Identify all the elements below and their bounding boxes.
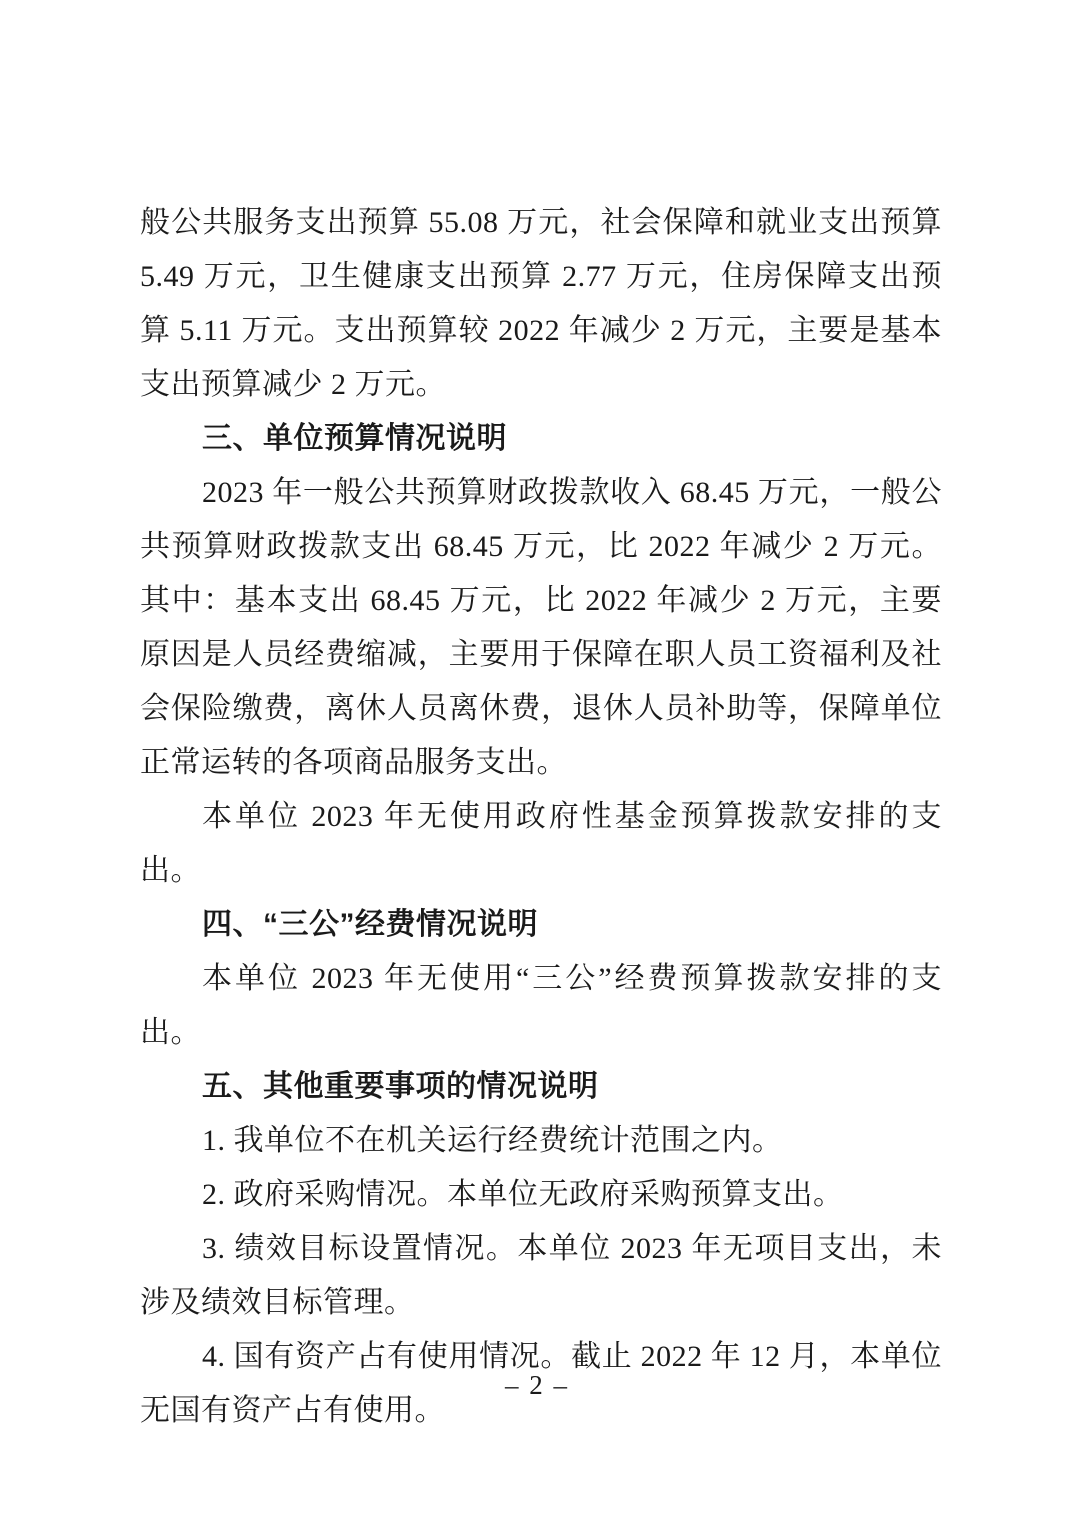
body-paragraph: 1. 我单位不在机关运行经费统计范围之内。 (140, 1114, 942, 1168)
body-paragraph: 本单位 2023 年无使用政府性基金预算拨款安排的支出。 (140, 790, 942, 898)
document-body: 般公共服务支出预算 55.08 万元，社会保障和就业支出预算 5.49 万元，卫… (140, 196, 942, 1438)
section-heading: 四、“三公”经费情况说明 (140, 898, 942, 952)
document-page: 般公共服务支出预算 55.08 万元，社会保障和就业支出预算 5.49 万元，卫… (0, 0, 1074, 1520)
body-paragraph: 2023 年一般公共预算财政拨款收入 68.45 万元，一般公共预算财政拨款支出… (140, 466, 942, 790)
body-paragraph: 2. 政府采购情况。本单位无政府采购预算支出。 (140, 1168, 942, 1222)
body-paragraph: 本单位 2023 年无使用“三公”经费预算拨款安排的支出。 (140, 952, 942, 1060)
section-heading: 五、其他重要事项的情况说明 (140, 1060, 942, 1114)
body-paragraph: 3. 绩效目标设置情况。本单位 2023 年无项目支出，未涉及绩效目标管理。 (140, 1222, 942, 1330)
page-number: – 2 – (0, 1368, 1074, 1402)
section-heading: 三、单位预算情况说明 (140, 412, 942, 466)
body-paragraph: 般公共服务支出预算 55.08 万元，社会保障和就业支出预算 5.49 万元，卫… (140, 196, 942, 412)
